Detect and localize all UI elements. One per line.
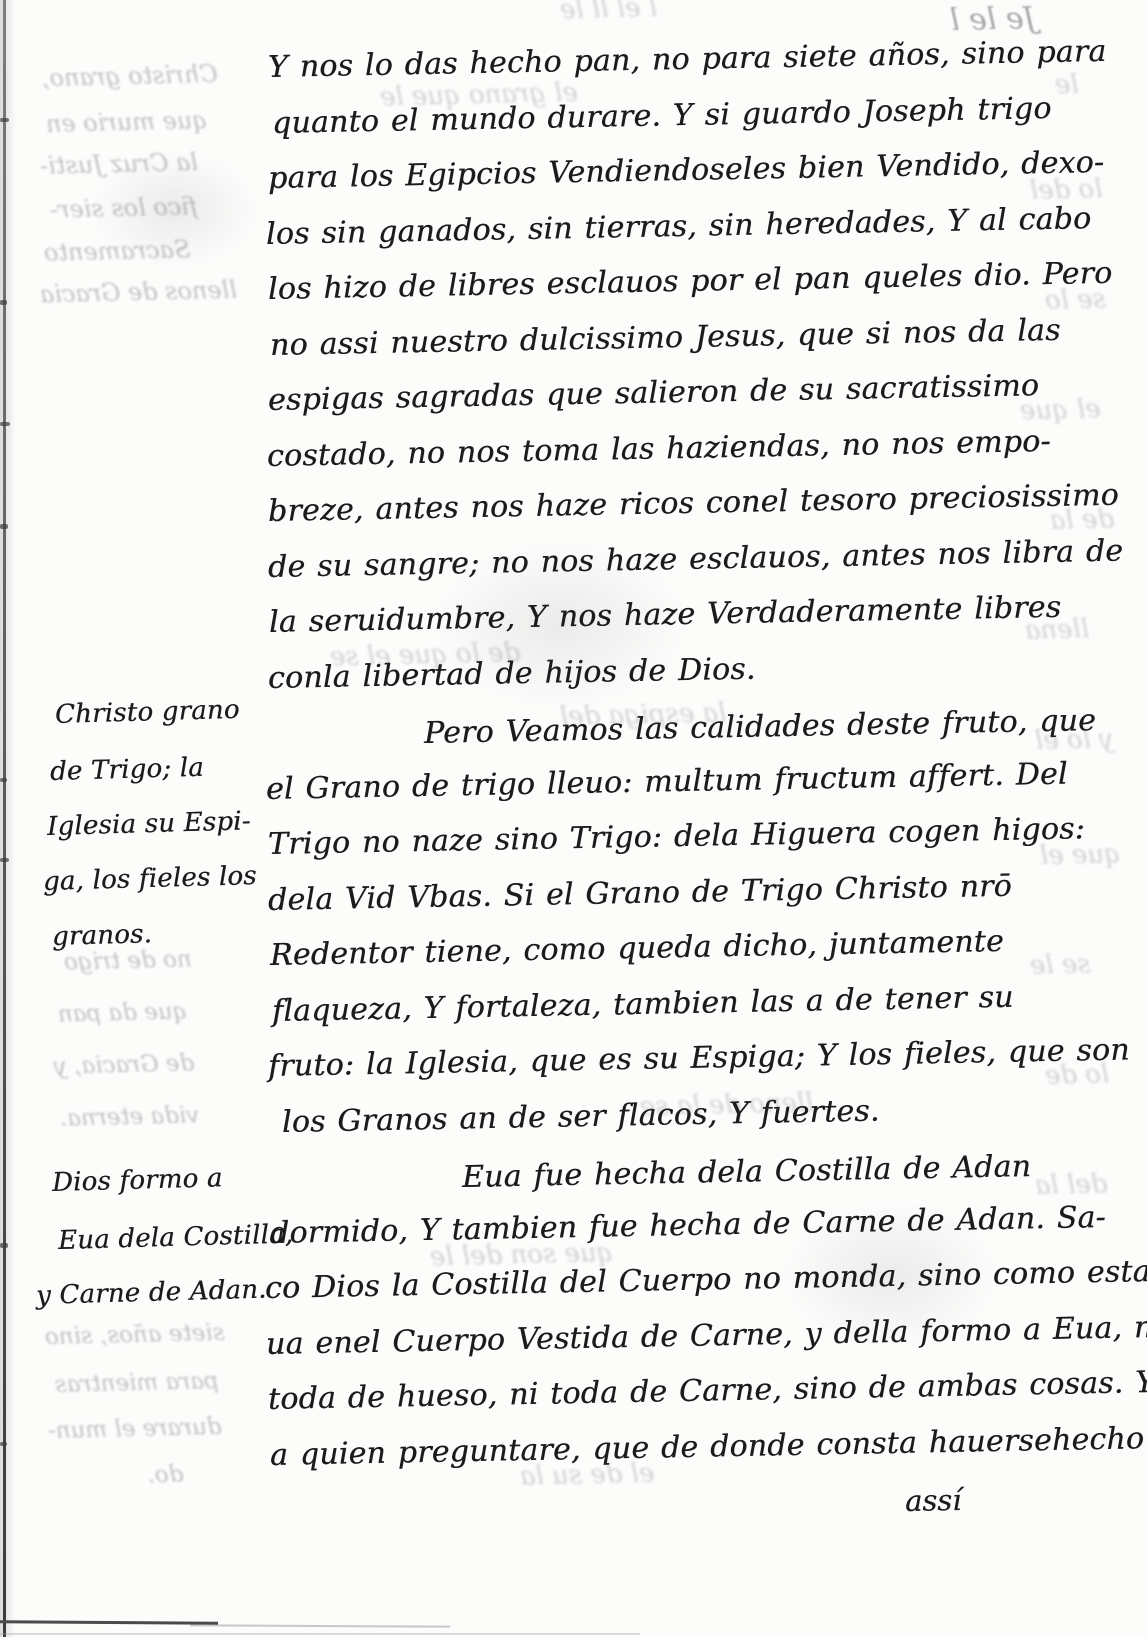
bleedthrough-line: la Cruz Justi- (40, 148, 199, 180)
bleedthrough-fragment: se le (1030, 949, 1091, 980)
bleedthrough-line: para mientras (55, 1368, 219, 1398)
bleedthrough-line: Sacramento (44, 235, 191, 267)
scan-artifact-tick (0, 858, 9, 862)
manuscript-line: Y nos lo das hecho pan, no para siete añ… (268, 34, 1107, 85)
scan-artifact-tick (0, 300, 7, 305)
catchword: assí (905, 1483, 962, 1518)
manuscript-line: para los Egipcios Vendiendoseles bien Ve… (268, 145, 1105, 196)
manuscript-line-paragraph-start: Eua fue hecha dela Costilla de Adan (462, 1149, 1032, 1195)
bleedthrough-fragment: de la (1050, 504, 1115, 536)
margin-note-line: Dios formo a (52, 1163, 223, 1198)
scan-artifact-tick (0, 118, 9, 122)
bleedthrough-line: llenos de Gracia (40, 276, 238, 309)
manuscript-line: espigas sagradas que salieron de su sacr… (268, 368, 1040, 418)
bleedthrough-line: siete años, sino (45, 1320, 225, 1350)
manuscript-line: de su sangre; no nos haze esclauos, ante… (268, 534, 1124, 585)
scan-artifact-tick (0, 422, 10, 426)
margin-note-line: y Carne de Adan. (36, 1275, 267, 1311)
bleedthrough-fragment: la espiga del (560, 698, 727, 732)
bleedthrough-fragment: de lo que el se (330, 638, 521, 673)
bleedthrough-fragment: del la (1035, 1169, 1108, 1201)
bleedthrough-line: durare el mun- (48, 1414, 222, 1444)
manuscript-line: a quien preguntare, que de donde consta … (270, 1421, 1145, 1473)
bleedthrough-line: que murio en (46, 106, 208, 138)
manuscript-line: dela Vid Vbas. Si el Grano de Trigo Chri… (268, 869, 1013, 918)
margin-note-line: Christo grano (55, 695, 240, 730)
manuscript-line: fruto: la Iglesia, que es su Espiga; Y l… (268, 1032, 1130, 1084)
manuscript-line: flaqueza, Y fortaleza, tambien las a de … (272, 980, 1014, 1029)
manuscript-page: Y nos lo das hecho pan, no para siete añ… (0, 0, 1147, 1637)
manuscript-line: costado, no nos toma las haziendas, no n… (267, 424, 1051, 474)
bleedthrough-fragment: lo de (1045, 1059, 1110, 1091)
manuscript-line: ua enel Cuerpo Vestida de Carne, y della… (266, 1310, 1147, 1362)
margin-note-line: de Trigo; la (50, 753, 205, 787)
bleedthrough-fragment: le (1055, 70, 1079, 101)
scan-artifact-tick (0, 1243, 8, 1248)
margin-note-line: Iglesia su Espi- (47, 806, 251, 842)
manuscript-line: Redentor tiene, como queda dicho, juntam… (270, 924, 1005, 973)
scan-left-edge-line (3, 0, 6, 1637)
scan-bottom-edge-faint (0, 1633, 640, 1635)
bleedthrough-fragment: que el (1040, 839, 1121, 871)
bleedthrough-fragment: el que (1020, 394, 1101, 426)
manuscript-line-paragraph-start: Pero Veamos las calidades deste fruto, q… (424, 703, 1097, 751)
scan-bottom-edge-smear (190, 1624, 450, 1627)
bleedthrough-fragment: y lo el (1035, 724, 1115, 756)
scan-bottom-edge-line (0, 1620, 218, 1625)
bleedthrough-fragment: el grano que le (380, 78, 579, 113)
margin-note-line: ga, los fieles los (43, 861, 258, 897)
bleedthrough-line: de Gracia, y (54, 1050, 195, 1079)
manuscript-line: toda de hueso, ni toda de Carne, sino de… (268, 1365, 1147, 1417)
manuscript-line: co Dios la Costilla del Cuerpo no monda,… (265, 1254, 1147, 1306)
bleedthrough-line: que da pan (58, 998, 188, 1027)
bleedthrough-line: fico los sier- (50, 192, 198, 224)
manuscript-line: los hizo de libres esclauos por el pan q… (268, 256, 1113, 307)
bleedthrough-fragment: lo del (1030, 174, 1103, 206)
bleedthrough-fragment: que son del le (430, 1238, 614, 1272)
manuscript-line: los sin ganados, sin tierras, sin hereda… (266, 201, 1092, 252)
bleedthrough-line: vida eterna. (60, 1102, 200, 1131)
manuscript-line: no assi nuestro dulcissimo Jesus, que si… (270, 313, 1061, 363)
scan-artifact-tick (0, 524, 8, 529)
margin-note-line: Eua dela Costilla, (58, 1219, 294, 1256)
bleedthrough-fragment: l el ll le (560, 0, 658, 25)
scan-artifact-tick (0, 1442, 7, 1446)
manuscript-line: el Grano de trigo lleuo: multum fructum … (266, 757, 1068, 807)
bleedthrough-fragment: llena (1025, 614, 1090, 646)
manuscript-line: breze, antes nos haze ricos conel tesoro… (268, 478, 1119, 529)
bleedthrough-fragment: Je le l (950, 1, 1037, 38)
scan-artifact-tick (0, 778, 7, 782)
manuscript-line: Trigo no naze sino Trigo: dela Higuera c… (268, 811, 1086, 862)
bleedthrough-fragment: el de su la (520, 1458, 655, 1491)
bleedthrough-line: no de trigo (64, 946, 192, 975)
bleedthrough-fragment: lleno de la se (640, 1088, 814, 1122)
bleedthrough-line: do. (148, 1462, 184, 1489)
bleedthrough-line: Christo grano, (42, 60, 218, 92)
bleedthrough-fragment: se lo (1045, 284, 1107, 315)
